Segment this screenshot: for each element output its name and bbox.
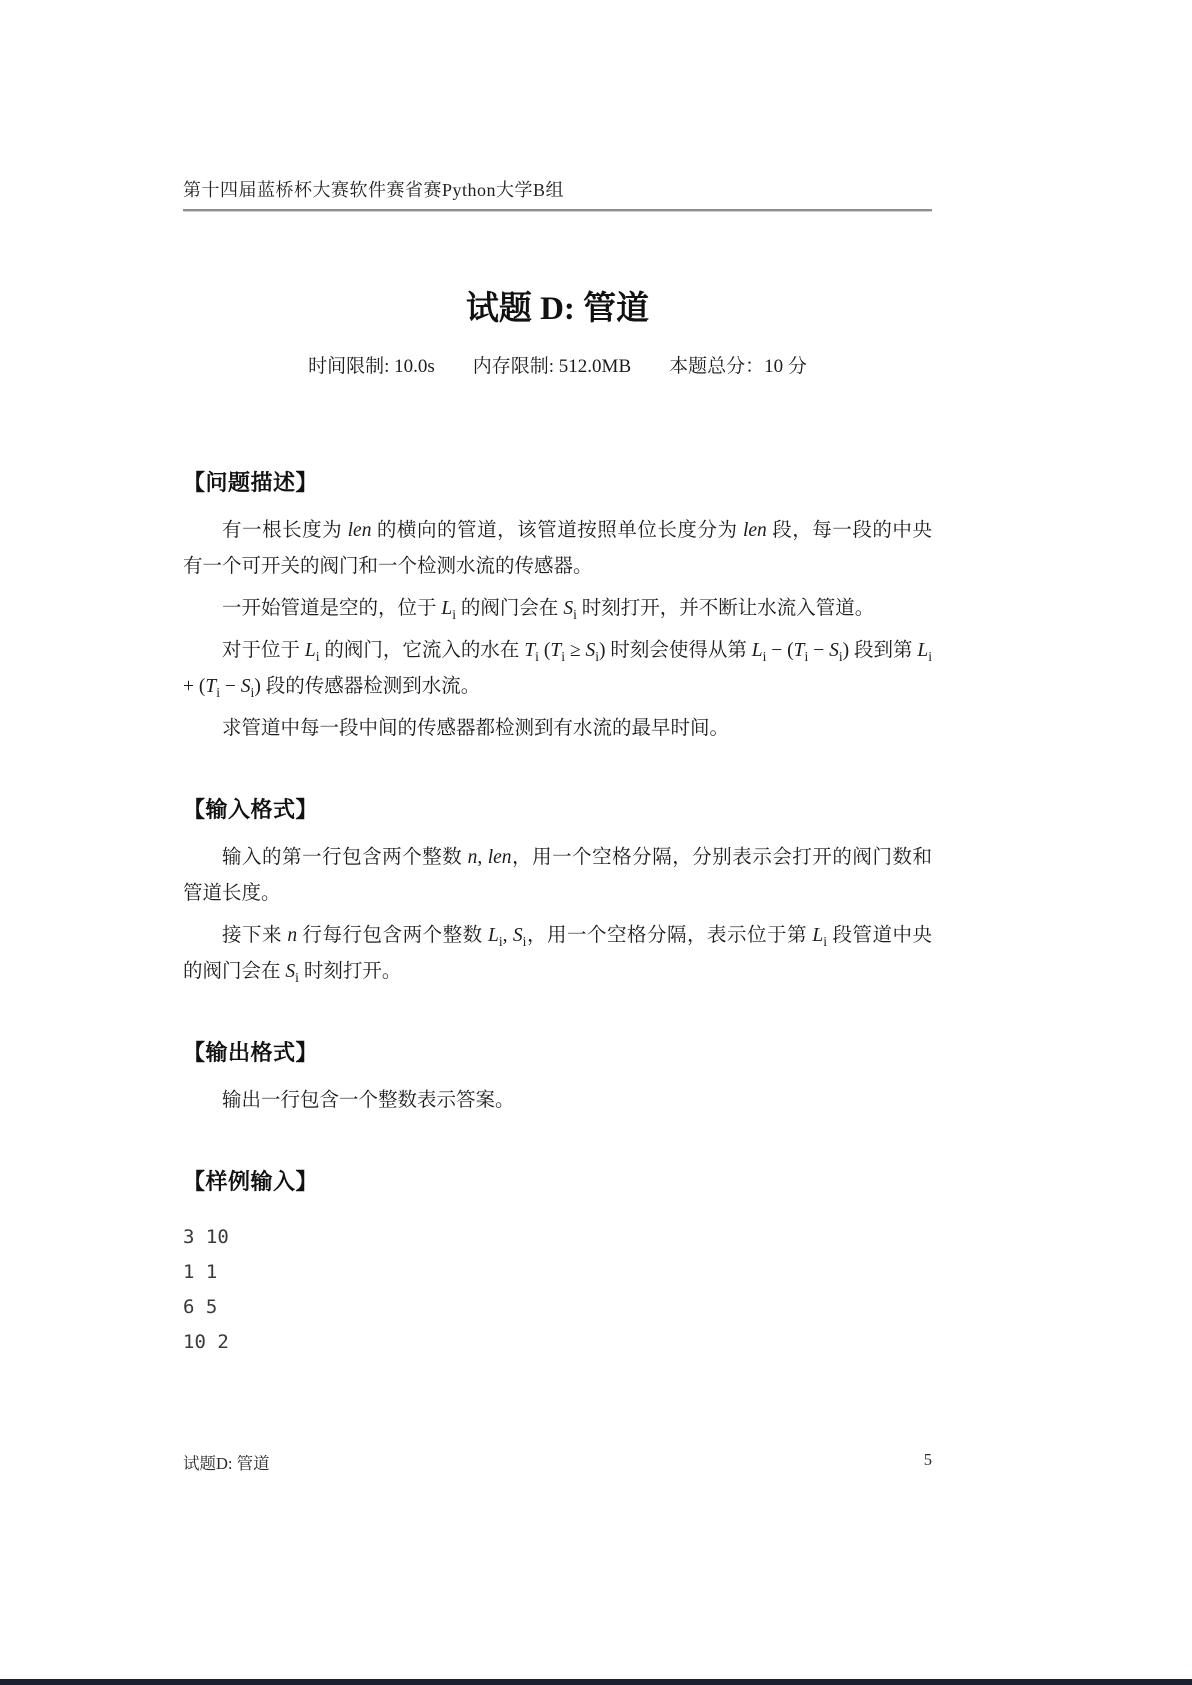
math-variable: Ti (550, 640, 565, 661)
total-score: 本题总分：10 分 (669, 351, 807, 378)
section-sample-input: 【样例输入】 3 10 1 1 6 5 10 2 (183, 1165, 932, 1360)
math-variable: Li (812, 925, 827, 946)
paragraph: 有一根长度为 len 的横向的管道，该管道按照单位长度分为 len 段，每一段的… (183, 513, 932, 585)
math-variable: Ti (205, 676, 220, 697)
paragraph: 对于位于 Li 的阀门，它流入的水在 Ti (Ti ≥ Si) 时刻会使得从第 … (183, 633, 932, 705)
document-page: 第十四届蓝桥杯大赛软件赛省赛Python大学B组 试题 D: 管道 时间限制: … (183, 0, 932, 1685)
section-output-format: 【输出格式】 输出一行包含一个整数表示答案。 (183, 1036, 932, 1119)
math-variable: n (287, 925, 297, 946)
math-variable: Li (441, 598, 456, 619)
section-heading-output-format: 【输出格式】 (183, 1036, 932, 1067)
math-variable: Li (488, 925, 503, 946)
math-variable: Si (241, 676, 255, 697)
sample-input-code: 3 10 1 1 6 5 10 2 (183, 1220, 932, 1360)
paragraph: 求管道中每一段中间的传感器都检测到有水流的最早时间。 (183, 711, 932, 747)
section-heading-sample-input: 【样例输入】 (183, 1165, 932, 1196)
math-variable: Si (563, 598, 577, 619)
memory-limit: 内存限制: 512.0MB (473, 351, 631, 378)
problem-title: 试题 D: 管道 (183, 282, 932, 329)
math-variable: Si (829, 640, 843, 661)
math-variable: Si (285, 961, 299, 982)
paragraph: 输入的第一行包含两个整数 n, len，用一个空格分隔，分别表示会打开的阀门数和… (183, 840, 932, 912)
math-variable: Li (752, 640, 767, 661)
math-variable: Ti (794, 640, 809, 661)
time-limit: 时间限制: 10.0s (308, 351, 435, 378)
math-variable: Si (513, 925, 527, 946)
section-heading-description: 【问题描述】 (183, 466, 932, 497)
section-problem-description: 【问题描述】 有一根长度为 len 的横向的管道，该管道按照单位长度分为 len… (183, 466, 932, 747)
paragraph: 接下来 n 行每行包含两个整数 Li, Si，用一个空格分隔，表示位于第 Li … (183, 918, 932, 990)
document-header-text: 第十四届蓝桥杯大赛软件赛省赛Python大学B组 (183, 176, 932, 202)
paragraph: 输出一行包含一个整数表示答案。 (183, 1083, 932, 1119)
footer-problem-label: 试题D: 管道 (183, 1450, 270, 1474)
math-variable: n (468, 847, 478, 868)
math-variable: Li (917, 640, 932, 661)
section-heading-input-format: 【输入格式】 (183, 793, 932, 824)
math-variable: Si (585, 640, 599, 661)
limits-row: 时间限制: 10.0s 内存限制: 512.0MB 本题总分：10 分 (183, 351, 932, 378)
header-divider (183, 209, 932, 212)
math-variable: len (488, 847, 512, 868)
page-footer: 试题D: 管道 5 (183, 1450, 932, 1474)
paragraph: 一开始管道是空的，位于 Li 的阀门会在 Si 时刻打开，并不断让水流入管道。 (183, 591, 932, 627)
math-variable: Li (305, 640, 320, 661)
math-variable: len (348, 520, 372, 541)
section-input-format: 【输入格式】 输入的第一行包含两个整数 n, len，用一个空格分隔，分别表示会… (183, 793, 932, 990)
math-variable: Ti (524, 640, 539, 661)
footer-page-number: 5 (924, 1450, 932, 1474)
math-variable: len (743, 520, 767, 541)
bottom-bar (0, 1679, 1192, 1685)
